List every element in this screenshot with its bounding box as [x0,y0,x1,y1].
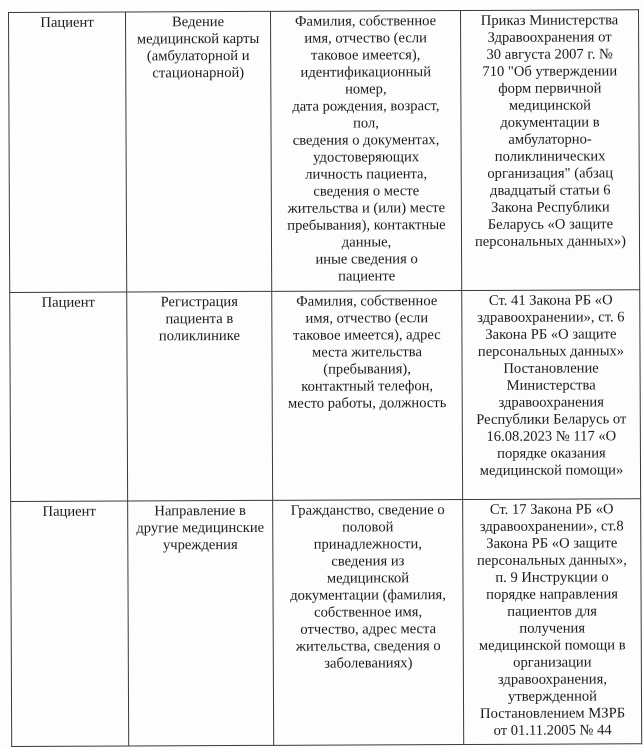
cell-text-line: поликлинике [131,328,267,346]
cell-text-line: 30 августа 2007 г. № [465,46,634,64]
cell-text-line: п. 9 Инструкции о [467,569,636,587]
cell-text-line: Приказ Министерства [465,12,634,30]
cell-text-line: Регистрация [131,294,267,312]
cell-text-line: места жительства [276,344,457,362]
cell-text-line: таковое имеется), [275,47,456,65]
cell-text-line: медицинской помощи» [467,462,636,480]
cell-text-line: Постановлением МЗРБ [468,705,637,723]
cell-text-line: сведения из [277,553,458,571]
cell-text-line: (амбулаторной и [130,48,266,66]
cell-text-line: пациенте [276,268,457,286]
cell-text-line: пациента в [131,311,267,329]
cell-text-line: Ведение [130,14,266,32]
cell-text-line: амбулаторно- [466,131,635,149]
cell-text-line: 16.08.2023 № 117 «О [467,428,636,446]
cell-text-line: здравоохранении», ст.8 [467,518,636,536]
cell-text-line: получения [468,620,637,638]
cell-text-line: Гражданство, сведение о [277,502,458,520]
cell-text-line: жительства, сведения о [278,638,459,656]
cell-text: Пациент [14,295,122,312]
table-row: ПациентНаправление вдругие медицинскиеуч… [11,499,642,747]
cell-text-line: Постановление [467,360,636,378]
cell-text-line: Фамилия, собственное [275,13,456,31]
cell-text-line: организация" (абзац [466,165,635,183]
cell-text-line: жительства и (или) месте [276,200,457,218]
cell-text-line: (пребывания), [277,361,458,379]
cell-text-line: контактный телефон, [277,378,458,396]
cell-text-line: здравоохранении», ст. 6 [466,309,635,327]
cell-text-line: медицинской карты [130,31,266,49]
cell-text-line: Фамилия, собственное [276,293,457,311]
cell-text: Пациент [13,15,121,32]
cell-text-line: Здравоохранения от [465,29,634,47]
cell-text-line: документации в [465,114,634,132]
cell-text-line: пребывания), контактные [276,217,457,235]
cell-text-line: медицинской [277,570,458,588]
data-list-cell: Фамилия, собственноеимя, отчество (еслит… [270,11,461,292]
cell-text-line: Республики Беларусь от [467,411,636,429]
cell-text-line: имя, отчество (если [275,30,456,48]
cell-text-line: персональных данных» [466,343,635,361]
cell-text-line: номер, [275,81,456,99]
cell-text-line: сведения о месте [276,183,457,201]
cell-text-line: утвержденной [468,688,637,706]
cell-text-line: 710 "Об утверждении [465,63,634,81]
cell-text-line: данные, [276,234,457,252]
cell-text-line: Закона РБ «О защите [467,535,636,553]
subject-cell: Пациент [9,12,127,293]
cell-text: Пациент [15,504,123,521]
cell-text-line: учреждения [132,537,268,555]
purpose-cell: Регистрацияпациента вполиклинике [127,291,273,501]
cell-text-line: личность пациента, [276,166,457,184]
cell-text-line: здравоохранения, [468,671,637,689]
cell-text-line: удостоверяющих [276,149,457,167]
cell-text-line: Ст. 17 Закона РБ «О [467,501,636,519]
cell-text-line: принадлежности, [277,536,458,554]
cell-text-line: пол, [275,115,456,133]
cell-text-line: заболеваниях) [278,655,459,673]
data-list-cell: Фамилия, собственноеимя, отчество (еслит… [272,291,463,501]
cell-text-line: Беларусь «О защите [466,216,635,234]
cell-text-line: организации [468,654,637,672]
cell-text-line: Закона Республики [466,199,635,217]
cell-text-line: таковое имеется), адрес [276,327,457,345]
personal-data-table: ПациентВедениемедицинской карты(амбулато… [8,9,642,747]
cell-text-line: стационарной) [130,65,266,83]
cell-text-line: порядке направления [468,586,637,604]
data-list-cell: Гражданство, сведение ополовойпринадлежн… [273,500,464,746]
subject-cell: Пациент [10,292,128,502]
cell-text-line: Закона РБ «О защите [466,326,635,344]
cell-text-line: собственное имя, [278,604,459,622]
cell-text-line: здравоохранения [467,394,636,412]
subject-cell: Пациент [11,501,129,747]
cell-text-line: медицинской [465,97,634,115]
cell-text-line: другие медицинские [132,520,268,538]
legal-basis-cell: Ст. 17 Закона РБ «Оздравоохранении», ст.… [463,499,642,745]
table-row: ПациентВедениемедицинской карты(амбулато… [9,10,640,293]
cell-text-line: поликлинических [466,148,635,166]
cell-text-line: отчество, адрес места [278,621,459,639]
cell-text-line: иные сведения о [276,251,457,269]
cell-text-line: Направление в [132,503,268,521]
cell-text-line: от 01.11.2005 № 44 [468,722,637,740]
cell-text-line: место работы, должность [277,395,458,413]
purpose-cell: Направление вдругие медицинскиеучреждени… [128,500,274,746]
legal-basis-cell: Приказ МинистерстваЗдравоохранения от30 … [460,10,639,291]
cell-text-line: дата рождения, возраст, [275,98,456,116]
cell-text-line: медицинской помощи в [468,637,637,655]
cell-text-line: сведения о документах, [276,132,457,150]
cell-text-line: документации (фамилия, [278,587,459,605]
cell-text-line: порядке оказания [467,445,636,463]
cell-text-line: форм первичной [465,80,634,98]
scanned-document-page: ПациентВедениемедицинской карты(амбулато… [0,0,643,748]
table-row: ПациентРегистрацияпациента вполиклиникеФ… [10,290,641,502]
cell-text-line: персональных данных», [467,552,636,570]
purpose-cell: Ведениемедицинской карты(амбулаторной ис… [126,11,272,292]
cell-text-line: имя, отчество (если [276,310,457,328]
cell-text-line: идентификационный [275,64,456,82]
cell-text-line: половой [277,519,458,537]
cell-text-line: пациентов для [468,603,637,621]
legal-basis-cell: Ст. 41 Закона РБ «Оздравоохранении», ст.… [462,290,641,500]
cell-text-line: двадцатый статьи 6 [466,182,635,200]
cell-text-line: персональных данных») [466,233,635,251]
cell-text-line: Ст. 41 Закона РБ «О [466,292,635,310]
cell-text-line: Министерства [467,377,636,395]
